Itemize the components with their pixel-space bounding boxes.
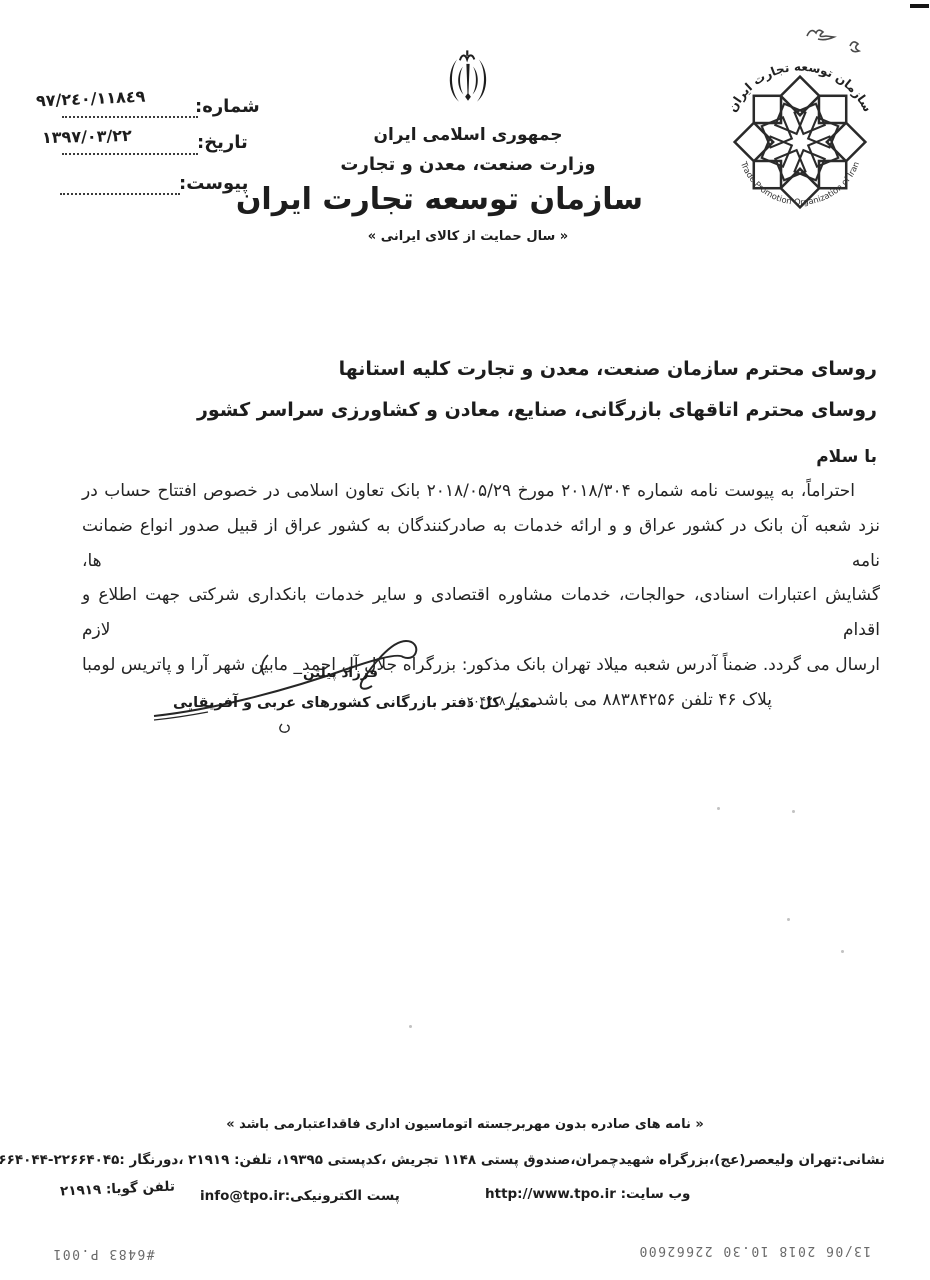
salutation-text: با سلام — [816, 447, 877, 467]
footer-notice: « نامه های صادره بدون مهربرجسته اتوماسیو… — [0, 1117, 930, 1132]
body-line-1: احتراماً، به پیوست نامه شماره ۲۰۱۸/۳۰۴ م… — [82, 474, 880, 509]
recipient-line-2: روسای محترم اتاقهای بازرگانی، صنایع، معا… — [197, 390, 877, 431]
attachment-line — [60, 193, 180, 195]
letterhead-country: جمهوری اسلامی ایران — [293, 125, 643, 145]
date-value: ١٣٩٧/٠٣/٢٢ — [42, 126, 132, 147]
tpo-rosette-seal-icon: سازمان توسعه تجارت ایران Trade Promotion… — [712, 54, 888, 230]
letterhead-slogan: « سال حمایت از کالای ایرانی » — [293, 229, 643, 244]
fax-stamp-left: #6483 P.001 — [52, 1246, 155, 1261]
footer-contact-row: وب سایت: http://www.tpo.ir پست الکترونیک… — [55, 1180, 885, 1210]
footer-email: پست الکترونیکی:info@tpo.ir — [200, 1188, 400, 1204]
recipients: روسای محترم سازمان صنعت، معدن و تجارت کل… — [197, 349, 877, 431]
footer-website-url: http://www.tpo.ir — [485, 1186, 616, 1202]
scan-speck — [792, 810, 795, 813]
fax-stamp-right: 13/06 2018 10.30 22662600 — [638, 1243, 871, 1258]
svg-text:Trade Promotion Organization o: Trade Promotion Organization of Iran — [738, 159, 861, 207]
scan-speck — [717, 807, 720, 810]
scan-corner-mark — [910, 4, 929, 8]
scanned-letter-page: شماره: ٩٧/٢٤٠/١١٨٤٩ تاریخ: ١٣٩٧/٠٣/٢٢ پی… — [0, 0, 930, 1280]
footer-email-label: پست الکترونیکی: — [285, 1188, 400, 1204]
ref-number-label: شماره: — [195, 96, 260, 117]
scan-speck — [409, 1025, 412, 1028]
recipient-line-1: روسای محترم سازمان صنعت، معدن و تجارت کل… — [197, 349, 877, 390]
ref-number-line — [62, 116, 198, 118]
signatory-name: فرزاد پیلتن — [303, 665, 378, 681]
seal-arc-top-text: سازمان توسعه تجارت ایران — [725, 60, 875, 115]
date-label: تاریخ: — [197, 132, 248, 153]
footer-email-address: info@tpo.ir — [200, 1188, 285, 1204]
footer-website-label: وب سایت: — [621, 1186, 691, 1202]
seal-arc-bottom-text: Trade Promotion Organization of Iran — [738, 159, 861, 207]
footer-voice-phone: تلفن گویا: ۲۱۹۱۹ — [60, 1179, 175, 1200]
ref-number-value: ٩٧/٢٤٠/١١٨٤٩ — [36, 87, 146, 111]
handwritten-signature-icon — [148, 638, 483, 743]
scan-speck — [787, 918, 790, 921]
footer-address: نشانی:تهران ولیعصر(عج)،بزرگراه شهیدچمران… — [55, 1152, 885, 1168]
body-line-5-text: پلاک ۴۶ تلفن ۸۸۳۸۴۲۵۶ می باشد.ی/ — [511, 690, 772, 710]
letterhead-organization: سازمان توسعه تجارت ایران — [293, 182, 643, 217]
body-line-2: نزد شعبه آن بانک در کشور عراق و و ارائه … — [82, 509, 880, 579]
footer-website: وب سایت: http://www.tpo.ir — [485, 1186, 690, 1202]
svg-text:سازمان توسعه تجارت ایران: سازمان توسعه تجارت ایران — [725, 60, 875, 115]
signature-block: فرزاد پیلتن مدیر کل دفتر بازرگانی کشورها… — [148, 638, 483, 743]
letterhead-ministry: وزارت صنعت، معدن و تجارت — [293, 154, 643, 175]
date-line — [62, 153, 198, 155]
iran-national-emblem-icon — [441, 46, 495, 116]
letterhead: جمهوری اسلامی ایران وزارت صنعت، معدن و ت… — [293, 46, 643, 244]
scan-speck — [841, 950, 844, 953]
signatory-title: مدیر کل دفتر بازرگانی کشورهای عربی و آفر… — [173, 695, 537, 711]
